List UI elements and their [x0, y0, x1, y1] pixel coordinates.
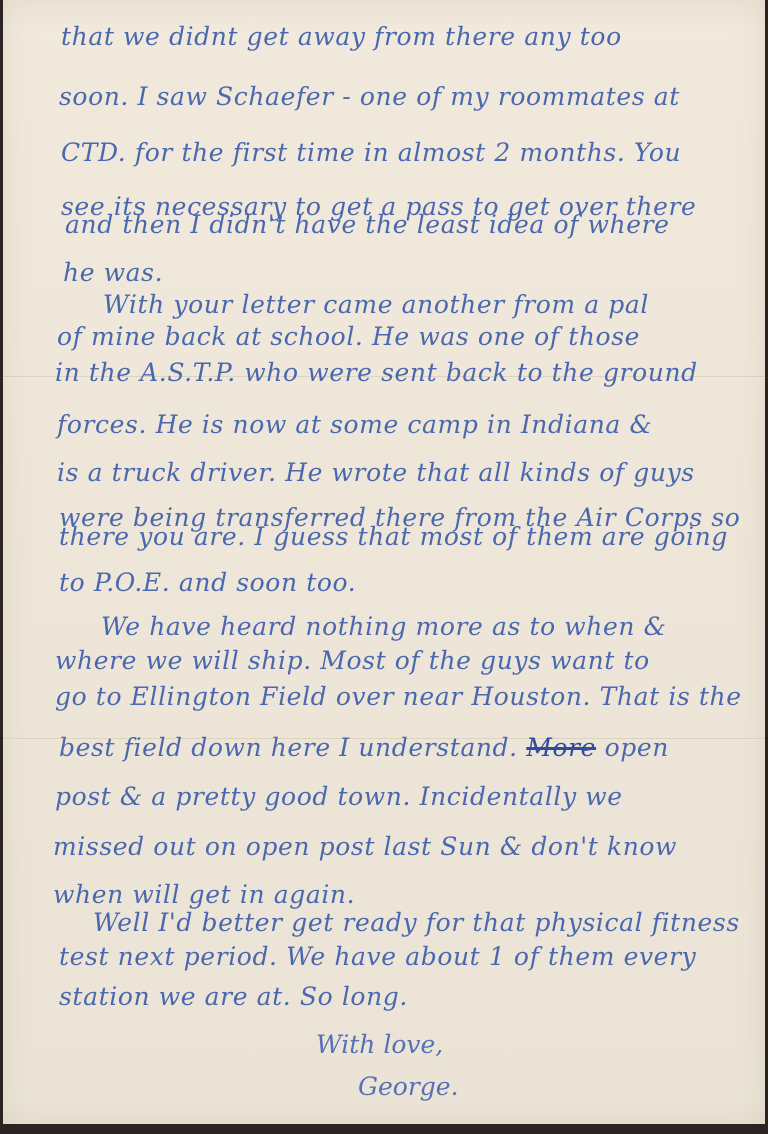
letter-line-19: post & a pretty good town. Incidentally … — [55, 782, 623, 812]
letter-line-2: soon. I saw Schaefer - one of my roommat… — [59, 82, 680, 112]
letter-page: that we didnt get away from there any to… — [3, 0, 765, 1124]
letter-line-11: is a truck driver. He wrote that all kin… — [57, 458, 695, 488]
letter-line-7: With your letter came another from a pal — [103, 290, 649, 320]
letter-line-18-tail: open — [605, 733, 669, 762]
letter-line-20: missed out on open post last Sun & don't… — [53, 832, 677, 862]
letter-line-14: to P.O.E. and soon too. — [59, 568, 356, 598]
scan-edge-left — [0, 0, 3, 1134]
letter-line-17: go to Ellington Field over near Houston.… — [55, 682, 742, 712]
letter-line-15: We have heard nothing more as to when & — [101, 612, 667, 642]
letter-line-6: he was. — [63, 258, 163, 288]
scan-edge-bottom — [0, 1124, 768, 1134]
struck-word: More — [526, 733, 596, 762]
letter-line-22: Well I'd better get ready for that physi… — [93, 908, 740, 938]
letter-closing: With love, — [316, 1030, 443, 1059]
letter-line-24: station we are at. So long. — [59, 982, 408, 1012]
letter-line-1: that we didnt get away from there any to… — [61, 22, 622, 52]
letter-line-5: and then I didn't have the least idea of… — [65, 210, 670, 240]
letter-line-13: there you are. I guess that most of them… — [59, 522, 728, 552]
letter-line-21: when will get in again. — [53, 880, 355, 910]
letter-line-18-text: best field down here I understand. — [59, 733, 518, 762]
letter-line-9: in the A.S.T.P. who were sent back to th… — [55, 358, 698, 388]
letter-line-23: test next period. We have about 1 of the… — [59, 942, 696, 972]
letter-line-8: of mine back at school. He was one of th… — [57, 322, 640, 352]
letter-line-18: best field down here I understand. More … — [59, 733, 669, 763]
letter-line-10: forces. He is now at some camp in Indian… — [57, 410, 652, 440]
letter-line-16: where we will ship. Most of the guys wan… — [55, 646, 650, 676]
letter-line-3: CTD. for the first time in almost 2 mont… — [61, 138, 681, 168]
letter-signature: George. — [358, 1072, 459, 1101]
